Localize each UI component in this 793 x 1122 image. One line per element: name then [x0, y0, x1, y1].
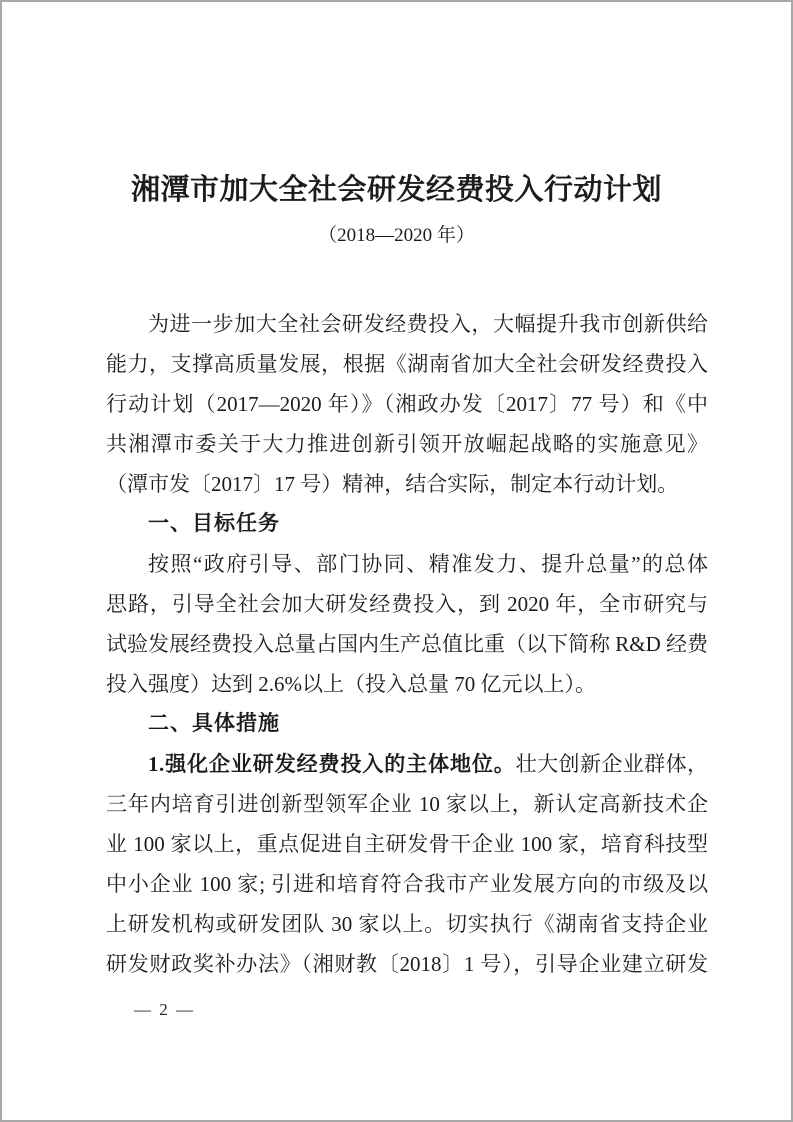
section1-heading: 一、目标任务	[106, 504, 708, 544]
document-subtitle: （2018—2020 年）	[2, 222, 791, 250]
section1-line: 试验发展经费投入总量占国内生产总值比重（以下简称 R&D 经费	[106, 624, 708, 664]
section2-line: 上研发机构或研发团队 30 家以上。切实执行《湖南省支持企业	[106, 904, 708, 944]
document-title: 湘潭市加大全社会研发经费投入行动计划	[42, 170, 751, 210]
section2-measure1-first-line: 1.强化企业研发经费投入的主体地位。壮大创新企业群体，	[106, 744, 708, 784]
intro-line: 为进一步加大全社会研发经费投入，大幅提升我市创新供给	[106, 304, 708, 344]
measure1-bold-lead: 1.强化企业研发经费投入的主体地位。	[148, 752, 516, 776]
section1-line: 投入强度）达到 2.6%以上（投入总量 70 亿元以上）。	[106, 664, 708, 704]
measure1-lead-rest: 壮大创新企业群体，	[516, 752, 708, 776]
intro-line: 共湘潭市委关于大力推进创新引领开放崛起战略的实施意见》	[106, 424, 708, 464]
section1-line: 按照“政府引导、部门协同、精准发力、提升总量”的总体	[106, 544, 708, 584]
intro-line: 能力，支撑高质量发展，根据《湖南省加大全社会研发经费投入	[106, 344, 708, 384]
document-page: { "document": { "title": "湘潭市加大全社会研发经费投入…	[0, 0, 793, 1122]
section2-line: 研发财政奖补办法》（湘财教〔2018〕1 号），引导企业建立研发	[106, 944, 708, 984]
page-number: — 2 —	[134, 1000, 195, 1020]
section2-heading: 二、具体措施	[106, 704, 708, 744]
section1-line: 思路，引导全社会加大研发经费投入，到 2020 年，全市研究与	[106, 584, 708, 624]
document-body: 为进一步加大全社会研发经费投入，大幅提升我市创新供给 能力，支撑高质量发展，根据…	[106, 304, 708, 984]
section2-line: 中小企业 100 家; 引进和培育符合我市产业发展方向的市级及以	[106, 864, 708, 904]
intro-line: （潭市发〔2017〕17 号）精神，结合实际，制定本行动计划。	[106, 464, 708, 504]
section2-line: 三年内培育引进创新型领军企业 10 家以上，新认定高新技术企	[106, 784, 708, 824]
intro-line: 行动计划（2017—2020 年）》（湘政办发〔2017〕77 号）和《中	[106, 384, 708, 424]
section2-line: 业 100 家以上，重点促进自主研发骨干企业 100 家，培育科技型	[106, 824, 708, 864]
